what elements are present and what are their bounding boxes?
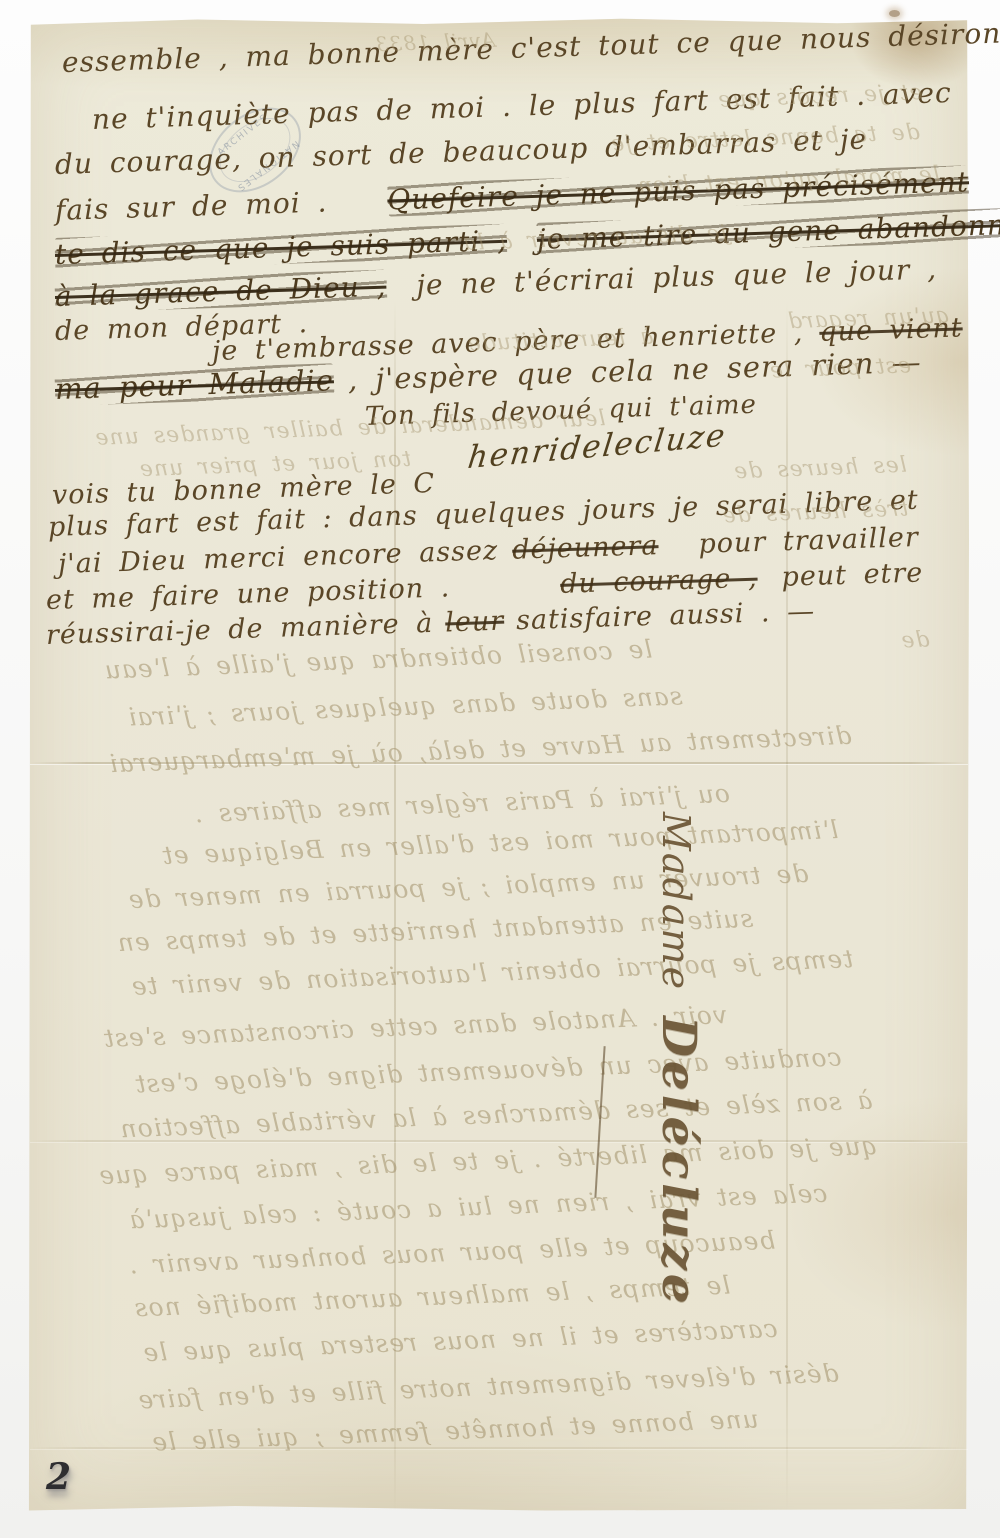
struck-text: déjeunera — [512, 530, 659, 566]
ink-text: peut etre — [781, 557, 924, 592]
address-vertical: Madame Delécluze — [651, 812, 706, 1308]
struck-text: leur — [445, 606, 505, 639]
address-name: Delécluze — [651, 1016, 706, 1308]
letter-scan: ARCHIVES NATIONALES essemble , ma bonne … — [0, 0, 1000, 1538]
page-number: 2 — [46, 1456, 71, 1498]
ink-stain — [889, 10, 900, 17]
struck-text: du courage , — [560, 563, 758, 600]
bleed-through-fragment: de — [880, 627, 951, 655]
address-title: Madame — [654, 812, 698, 991]
